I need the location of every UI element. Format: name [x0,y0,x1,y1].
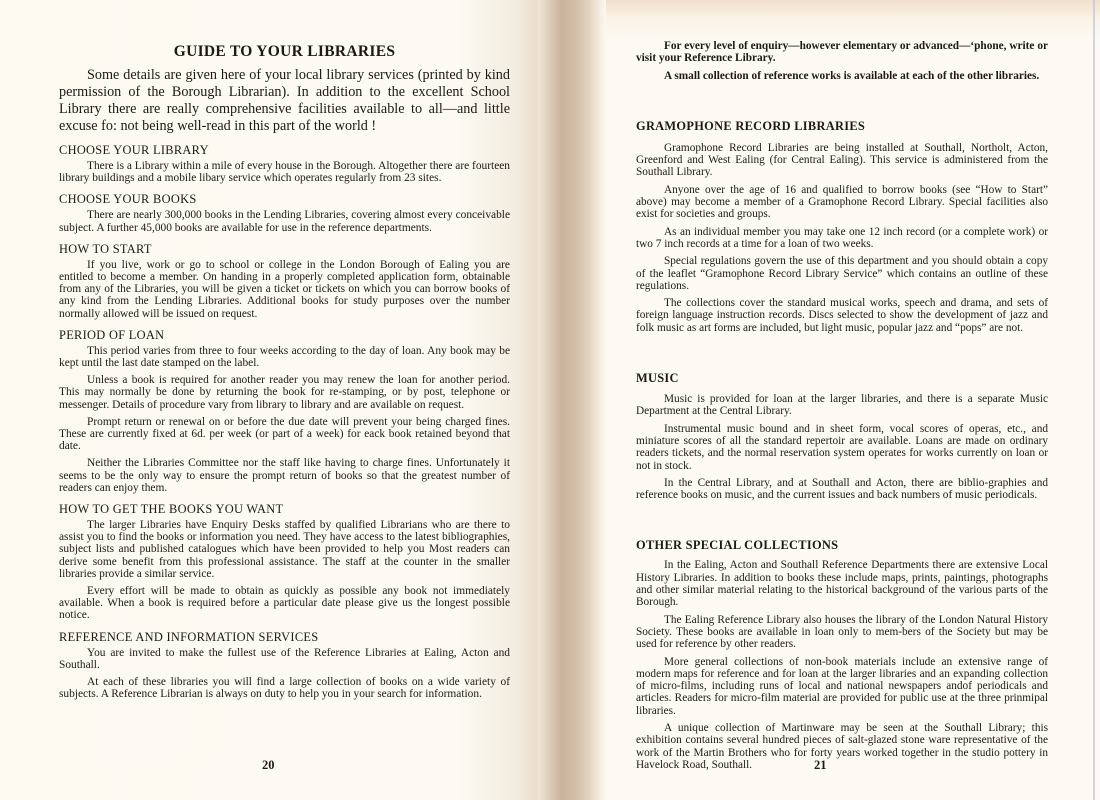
section-heading-music: MUSIC [636,371,1048,386]
section-heading-how-to-start: HOW TO START [59,242,510,257]
section-heading-gramophone: GRAMOPHONE RECORD LIBRARIES [636,119,1048,134]
paragraph: Gramophone Record Libraries are being in… [636,142,1048,179]
paragraph: Instrumental music bound and in sheet fo… [636,423,1048,472]
paragraph: Anyone over the age of 16 and qualified … [636,184,1048,221]
paragraph: Music is provided for loan at the larger… [636,393,1048,418]
page-edge [1093,0,1095,800]
page-number: 21 [814,758,827,773]
paragraph: As an individual member you may take one… [636,226,1048,251]
paragraph: The larger Libraries have Enquiry Desks … [59,519,510,580]
paragraph: Special regulations govern the use of th… [636,255,1048,292]
book-spread: GUIDE TO YOUR LIBRARIES Some details are… [0,0,1100,800]
paragraph: There are nearly 300,000 books in the Le… [59,209,510,233]
paragraph: There is a Library within a mile of ever… [59,160,510,184]
section-heading-period-of-loan: PERIOD OF LOAN [59,328,510,343]
section-heading-choose-library: CHOOSE YOUR LIBRARY [59,143,510,158]
intro-paragraph: Some details are given here of your loca… [59,67,510,135]
section-heading-get-books: HOW TO GET THE BOOKS YOU WANT [59,502,510,517]
paragraph: In the Central Library, and at Southall … [636,477,1048,502]
paragraph: Neither the Libraries Committee nor the … [59,457,510,494]
book-gutter [538,0,606,800]
page-title: GUIDE TO YOUR LIBRARIES [59,43,510,61]
paragraph: The Ealing Reference Library also houses… [636,614,1048,651]
section-heading-special-collections: OTHER SPECIAL COLLECTIONS [636,538,1048,553]
page-number: 20 [262,758,275,773]
paragraph: You are invited to make the fullest use … [59,647,510,671]
paragraph: Prompt return or renewal on or before th… [59,416,510,453]
paragraph: More general collections of non-book mat… [636,656,1048,717]
paragraph: Every effort will be made to obtain as q… [59,585,510,622]
paragraph: For every level of enquiry—however eleme… [636,40,1048,65]
paragraph: A small collection of reference works is… [636,70,1048,82]
paragraph: At each of these libraries you will find… [59,676,510,700]
right-page: For every level of enquiry—however eleme… [606,0,1100,800]
section-heading-reference-services: REFERENCE AND INFORMATION SERVICES [59,630,510,645]
paragraph: This period varies from three to four we… [59,345,510,369]
left-page: GUIDE TO YOUR LIBRARIES Some details are… [0,0,538,800]
paragraph: In the Ealing, Acton and Southall Refere… [636,559,1048,608]
paragraph: Unless a book is required for another re… [59,374,510,411]
paragraph: If you live, work or go to school or col… [59,259,510,320]
paragraph: The collections cover the standard music… [636,297,1048,334]
paragraph: A unique collection of Martinware may be… [636,722,1048,771]
section-heading-choose-books: CHOOSE YOUR BOOKS [59,192,510,207]
